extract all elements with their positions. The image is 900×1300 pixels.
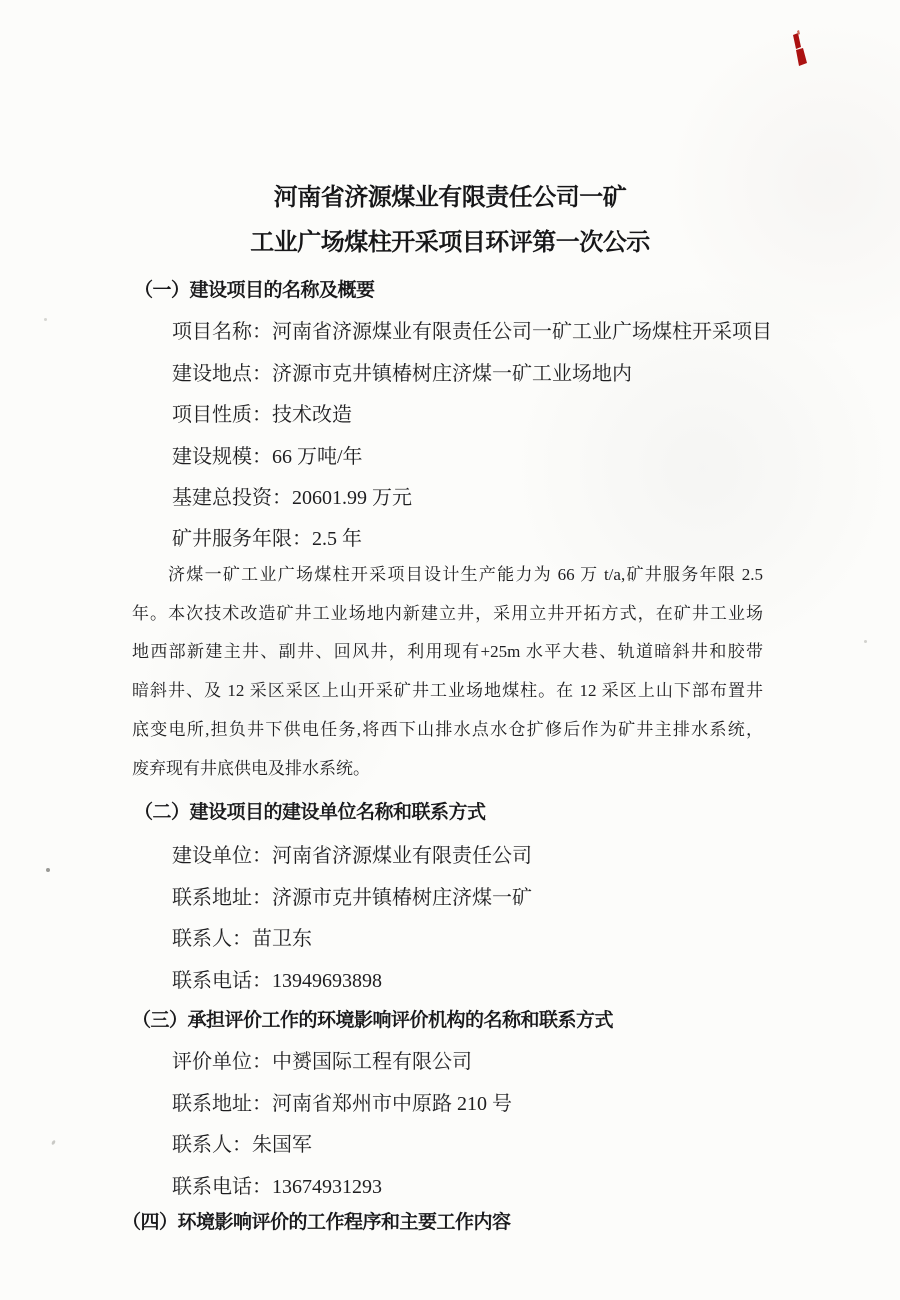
scan-speck [44,318,47,321]
builder-unit-line: 建设单位：河南省济源煤业有限责任公司 [172,843,532,870]
summary-line: 地西部新建主井、副井、回风井，利用现有+25m 水平大巷、轨道暗斜井和胶带 [132,639,763,664]
section-4-heading: （四）环境影响评价的工作程序和主要工作内容 [122,1210,511,1236]
scan-speck [46,868,50,872]
project-service-life-line: 矿井服务年限：2.5 年 [172,526,362,553]
evaluator-unit-line: 评价单位：中赟国际工程有限公司 [172,1049,472,1076]
project-scale-line: 建设规模：66 万吨/年 [172,444,363,471]
doc-title-line-2: 工业广场煤柱开采项目环评第一次公示 [0,228,900,258]
evaluator-address-line: 联系地址：河南省郑州市中原路 210 号 [172,1091,512,1118]
red-pen-mark [788,28,812,72]
summary-line: 暗斜井、及 12 采区采区上山开采矿井工业场地煤柱。在 12 采区上山下部布置井 [132,678,763,703]
project-name-line: 项目名称：河南省济源煤业有限责任公司一矿工业广场煤柱开采项目 [172,319,772,346]
section-2-heading: （二）建设项目的建设单位名称和联系方式 [134,800,486,826]
doc-title-line-1: 河南省济源煤业有限责任公司一矿 [0,183,900,213]
section-1-heading: （一）建设项目的名称及概要 [134,278,375,304]
summary-line: 废弃现有井底供电及排水系统。 [132,756,763,781]
builder-phone-line: 联系电话：13949693898 [172,968,382,995]
scan-speck [864,640,867,643]
scan-speck [51,1140,56,1146]
project-nature-line: 项目性质：技术改造 [172,402,352,429]
builder-address-line: 联系地址：济源市克井镇椿树庄济煤一矿 [172,885,532,912]
document-page: 河南省济源煤业有限责任公司一矿 工业广场煤柱开采项目环评第一次公示 （一）建设项… [0,0,900,1300]
summary-line: 济煤一矿工业广场煤柱开采项目设计生产能力为 66 万 t/a,矿井服务年限 2.… [132,562,763,587]
section-3-heading: （三）承担评价工作的环境影响评价机构的名称和联系方式 [132,1008,613,1034]
evaluator-contact-line: 联系人：朱国军 [172,1132,312,1159]
summary-line: 年。本次技术改造矿井工业场地内新建立井，采用立井开拓方式，在矿井工业场 [132,601,763,626]
evaluator-phone-line: 联系电话：13674931293 [172,1174,382,1201]
project-investment-line: 基建总投资：20601.99 万元 [172,485,412,512]
project-location-line: 建设地点：济源市克井镇椿树庄济煤一矿工业场地内 [172,361,632,388]
builder-contact-line: 联系人：苗卫东 [172,926,312,953]
summary-line: 底变电所,担负井下供电任务,将西下山排水点水仓扩修后作为矿井主排水系统， [132,717,763,742]
